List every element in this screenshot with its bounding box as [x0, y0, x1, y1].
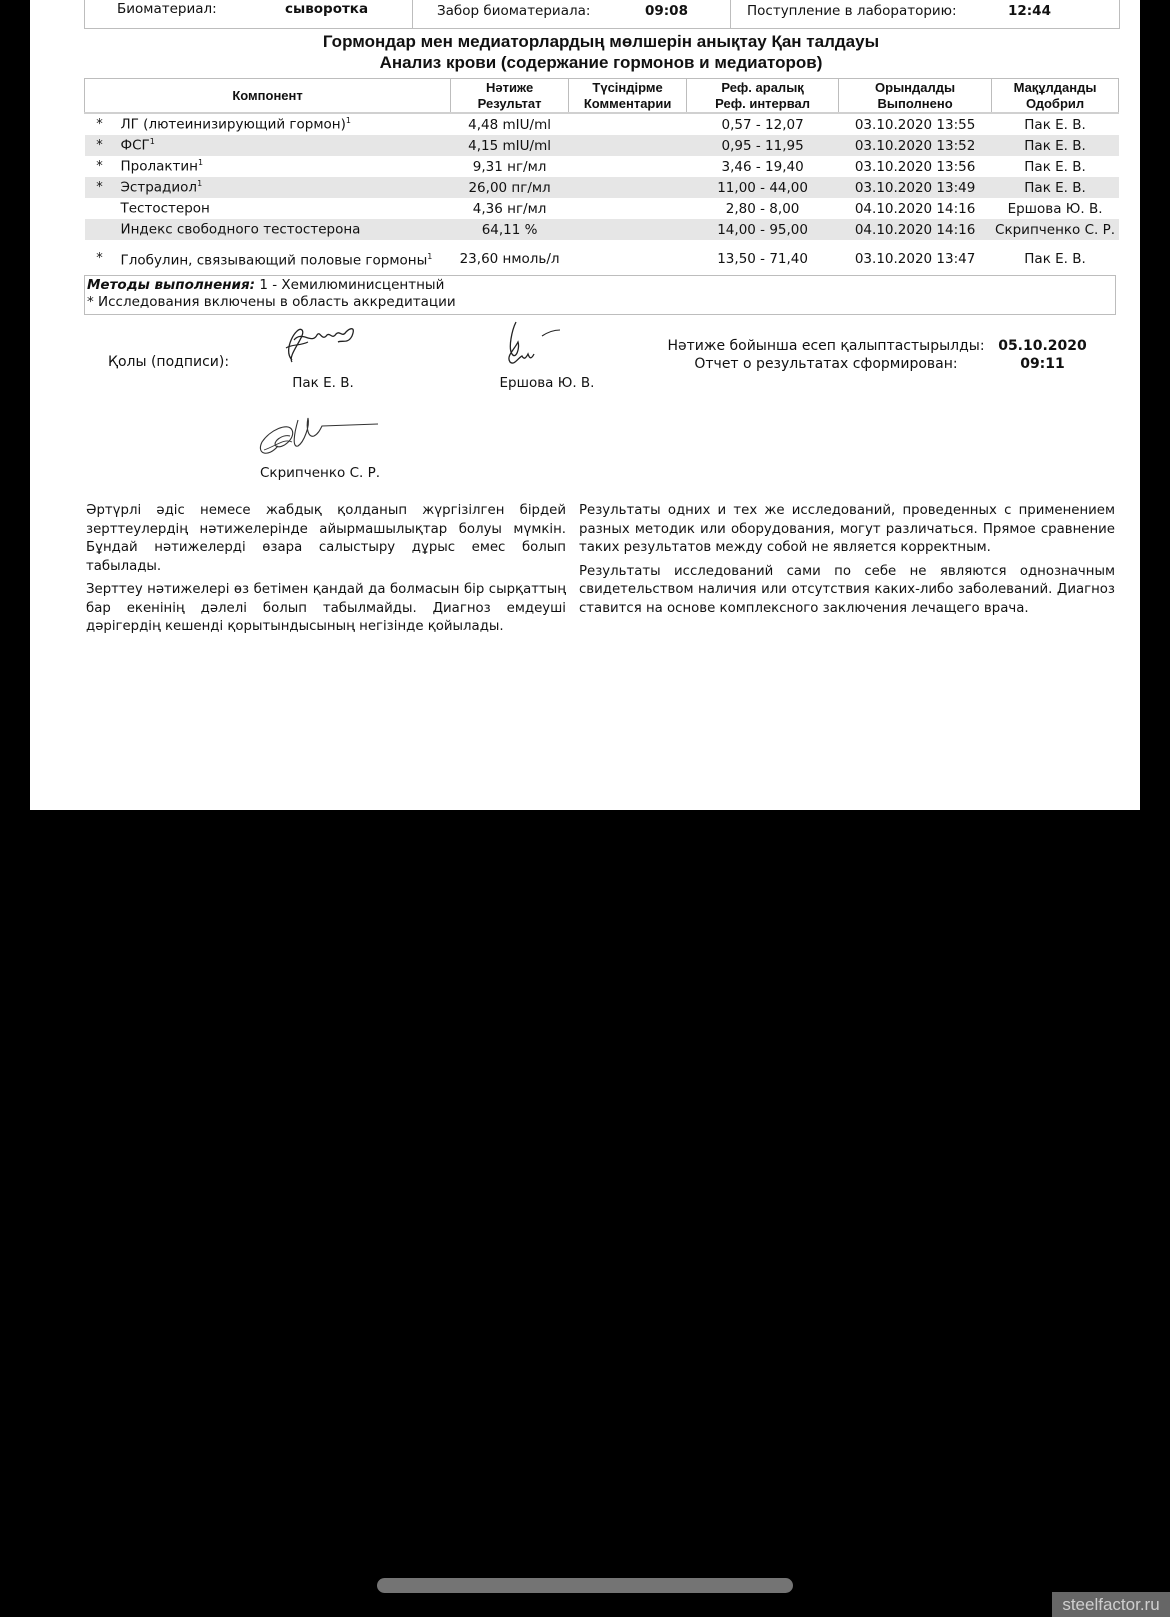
- collection-label-ru: Забор биоматериала:: [437, 3, 590, 19]
- result-value: 9,31 нг/мл: [451, 156, 569, 177]
- comment: [569, 198, 687, 219]
- performed-datetime: 03.10.2020 13:56: [839, 156, 992, 177]
- table-row: *ЛГ (лютеинизирующий гормон)14,48 mIU/ml…: [85, 113, 1119, 135]
- accreditation-star: *: [85, 240, 115, 277]
- col-component: Компонент: [85, 79, 451, 114]
- approved-by: Пак Е. В.: [992, 113, 1119, 135]
- result-value: 23,60 нмоль/л: [451, 240, 569, 277]
- accreditation-star: *: [85, 156, 115, 177]
- component-name: Эстрадиол1: [115, 177, 451, 198]
- component-name: Пролактин1: [115, 156, 451, 177]
- comment: [569, 135, 687, 156]
- table-row: *Пролактин19,31 нг/мл3,46 - 19,4003.10.2…: [85, 156, 1119, 177]
- col-ref-interval: Реф. аралықРеф. интервал: [687, 79, 839, 114]
- col-performed: ОрындалдыВыполнено: [839, 79, 992, 114]
- component-name: ЛГ (лютеинизирующий гормон)1: [115, 113, 451, 135]
- title-ru: Анализ крови (содержание гормонов и меди…: [84, 53, 1118, 73]
- report-values: 05.10.2020 09:11: [990, 337, 1095, 373]
- table-row: Индекс свободного тестостерона64,11 %14,…: [85, 219, 1119, 240]
- accreditation-star: [85, 198, 115, 219]
- disclaimer-kz: Әртүрлі әдіс немесе жабдық қолданып жүрг…: [86, 502, 566, 642]
- comment: [569, 156, 687, 177]
- report-date: 05.10.2020: [990, 337, 1095, 355]
- disclaimer-ru: Результаты одних и тех же исследований, …: [579, 502, 1115, 623]
- signature-skripchenko-image: [248, 408, 388, 468]
- performed-datetime: 04.10.2020 14:16: [839, 198, 992, 219]
- document-page: Биоматериал: сыворотка Биоматериалды алу…: [30, 0, 1140, 810]
- reference-interval: 14,00 - 95,00: [687, 219, 839, 240]
- disclaimer-kz-paragraph: Зерттеу нәтижелері өз бетімен қандай да …: [86, 581, 566, 637]
- component-name: ФСГ1: [115, 135, 451, 156]
- comment: [569, 219, 687, 240]
- methods-box: Методы выполнения: 1 - Хемилюминисцентны…: [84, 275, 1116, 315]
- divider: [730, 0, 731, 28]
- signature-name-skripchenko: Скрипченко С. Р.: [260, 465, 370, 481]
- approved-by: Пак Е. В.: [992, 177, 1119, 198]
- results-table: Компонент НәтижеРезультат ТүсіндірмеКомм…: [84, 78, 1119, 277]
- approved-by: Ершова Ю. В.: [992, 198, 1119, 219]
- biomaterial-value: сыворотка: [285, 1, 368, 17]
- method-footnote: 1: [346, 116, 351, 125]
- col-comments: ТүсіндірмеКомментарии: [569, 79, 687, 114]
- sample-info-strip: Биоматериал: сыворотка Биоматериалды алу…: [84, 0, 1120, 29]
- watermark: steelfactor.ru: [1052, 1592, 1170, 1617]
- performed-datetime: 03.10.2020 13:49: [839, 177, 992, 198]
- accreditation-note: * Исследования включены в область аккред…: [87, 294, 1115, 311]
- result-value: 4,15 mIU/ml: [451, 135, 569, 156]
- table-row: *Глобулин, связывающий половые гормоны12…: [85, 240, 1119, 277]
- disclaimer-ru-paragraph: Результаты исследований сами по себе не …: [579, 563, 1115, 619]
- table-row: *Эстрадиол126,00 пг/мл11,00 - 44,0003.10…: [85, 177, 1119, 198]
- report-label-ru: Отчет о результатах сформирован:: [665, 355, 987, 373]
- result-value: 26,00 пг/мл: [451, 177, 569, 198]
- component-name: Тестостерон: [115, 198, 451, 219]
- table-row: Тестостерон4,36 нг/мл2,80 - 8,0004.10.20…: [85, 198, 1119, 219]
- signature-pak-image: [272, 320, 362, 370]
- reference-interval: 11,00 - 44,00: [687, 177, 839, 198]
- comment: [569, 177, 687, 198]
- accreditation-star: *: [85, 113, 115, 135]
- col-result: НәтижеРезультат: [451, 79, 569, 114]
- performed-datetime: 03.10.2020 13:47: [839, 240, 992, 277]
- table-row: *ФСГ14,15 mIU/ml0,95 - 11,9503.10.2020 1…: [85, 135, 1119, 156]
- performed-datetime: 03.10.2020 13:55: [839, 113, 992, 135]
- signatures-label: Қолы (подписи):: [108, 354, 229, 370]
- report-label-kz: Нәтиже бойынша есеп қалыптастырылды:: [665, 337, 987, 355]
- home-indicator[interactable]: [377, 1578, 793, 1593]
- reference-interval: 13,50 - 71,40: [687, 240, 839, 277]
- biomaterial-label: Биоматериал:: [117, 1, 217, 17]
- method-footnote: 1: [427, 252, 432, 261]
- reference-interval: 0,95 - 11,95: [687, 135, 839, 156]
- signature-name-pak: Пак Е. В.: [288, 375, 358, 391]
- accreditation-star: *: [85, 135, 115, 156]
- col-approved: МақұлдандыОдобрил: [992, 79, 1119, 114]
- result-value: 4,48 mIU/ml: [451, 113, 569, 135]
- disclaimer-ru-paragraph: Результаты одних и тех же исследований, …: [579, 502, 1115, 558]
- component-name: Индекс свободного тестостерона: [115, 219, 451, 240]
- table-header-row: Компонент НәтижеРезультат ТүсіндірмеКомм…: [85, 79, 1119, 114]
- result-value: 64,11 %: [451, 219, 569, 240]
- lab-time: 12:44: [1008, 3, 1051, 19]
- comment: [569, 113, 687, 135]
- disclaimer-kz-paragraph: Әртүрлі әдіс немесе жабдық қолданып жүрг…: [86, 502, 566, 576]
- approved-by: Пак Е. В.: [992, 240, 1119, 277]
- method-footnote: 1: [150, 137, 155, 146]
- component-name: Глобулин, связывающий половые гормоны1: [115, 240, 451, 277]
- reference-interval: 3,46 - 19,40: [687, 156, 839, 177]
- report-time: 09:11: [990, 355, 1095, 373]
- title-kz: Гормондар мен медиаторлардың мөлшерін ан…: [84, 32, 1118, 52]
- reference-interval: 2,80 - 8,00: [687, 198, 839, 219]
- signature-ershova-image: [498, 318, 568, 373]
- reference-interval: 0,57 - 12,07: [687, 113, 839, 135]
- approved-by: Скрипченко С. Р.: [992, 219, 1119, 240]
- lab-label-ru: Поступление в лабораторию:: [747, 3, 957, 19]
- accreditation-star: [85, 219, 115, 240]
- approved-by: Пак Е. В.: [992, 156, 1119, 177]
- methods-value: 1 - Хемилюминисцентный: [255, 277, 444, 293]
- collection-time: 09:08: [645, 3, 688, 19]
- signature-name-ershova: Ершова Ю. В.: [497, 375, 597, 391]
- method-footnote: 1: [197, 179, 202, 188]
- result-value: 4,36 нг/мл: [451, 198, 569, 219]
- performed-datetime: 04.10.2020 14:16: [839, 219, 992, 240]
- approved-by: Пак Е. В.: [992, 135, 1119, 156]
- divider: [412, 0, 413, 28]
- performed-datetime: 03.10.2020 13:52: [839, 135, 992, 156]
- comment: [569, 240, 687, 277]
- methods-label: Методы выполнения:: [87, 277, 255, 293]
- accreditation-star: *: [85, 177, 115, 198]
- report-labels: Нәтиже бойынша есеп қалыптастырылды: Отч…: [665, 337, 987, 373]
- method-footnote: 1: [198, 158, 203, 167]
